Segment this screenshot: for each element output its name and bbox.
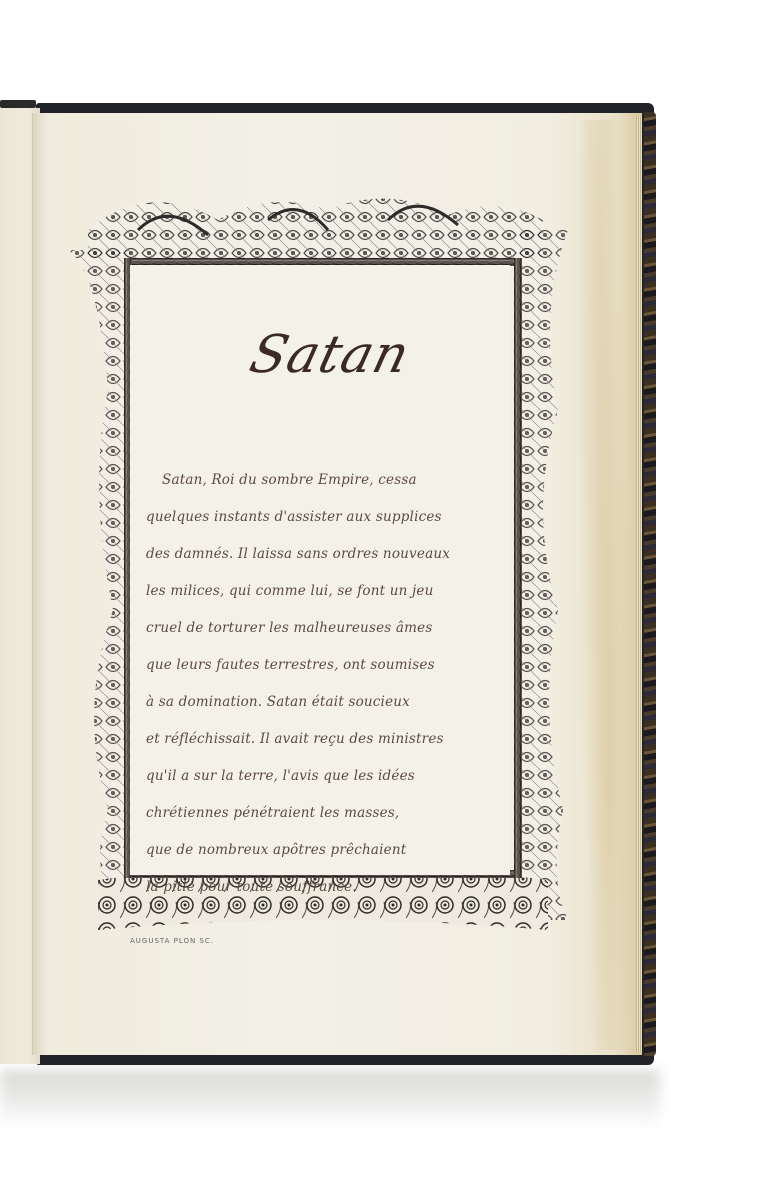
- engraver-credit: AUGUSTA PLON SC.: [130, 937, 214, 945]
- text-line: la pitié pour toute souffrance.: [146, 869, 516, 906]
- text-line: qu'il a sur la terre, l'avis que les idé…: [146, 758, 516, 795]
- text-line: et réfléchissait. Il avait reçu des mini…: [146, 721, 516, 758]
- text-line: à sa domination. Satan était soucieux: [146, 684, 516, 721]
- page-block-edges: [636, 116, 642, 1052]
- foxing-stains: [580, 120, 630, 1050]
- text-line: cruel de torturer les malheureuses âmes: [146, 610, 516, 647]
- text-line: que de nombreux apôtres prêchaient: [146, 832, 516, 869]
- marbled-board-edge: [644, 112, 656, 1056]
- text-line: quelques instants d'assister aux supplic…: [146, 499, 516, 536]
- text-line: les milices, qui comme lui, se font un j…: [146, 573, 516, 610]
- left-cover-edge: [0, 100, 36, 108]
- text-line: chrétiennes pénétraient les masses,: [146, 795, 516, 832]
- text-line: des damnés. Il laissa sans ordres nouvea…: [146, 536, 516, 573]
- book-shadow: [0, 1070, 660, 1130]
- page-title: Satan: [193, 325, 468, 385]
- text-line: Satan, Roi du sombre Empire, cessa: [146, 462, 516, 499]
- text-line: que leurs fautes terrestres, ont soumise…: [146, 647, 516, 684]
- handwritten-text: Satan, Roi du sombre Empire, cessa quelq…: [146, 462, 516, 906]
